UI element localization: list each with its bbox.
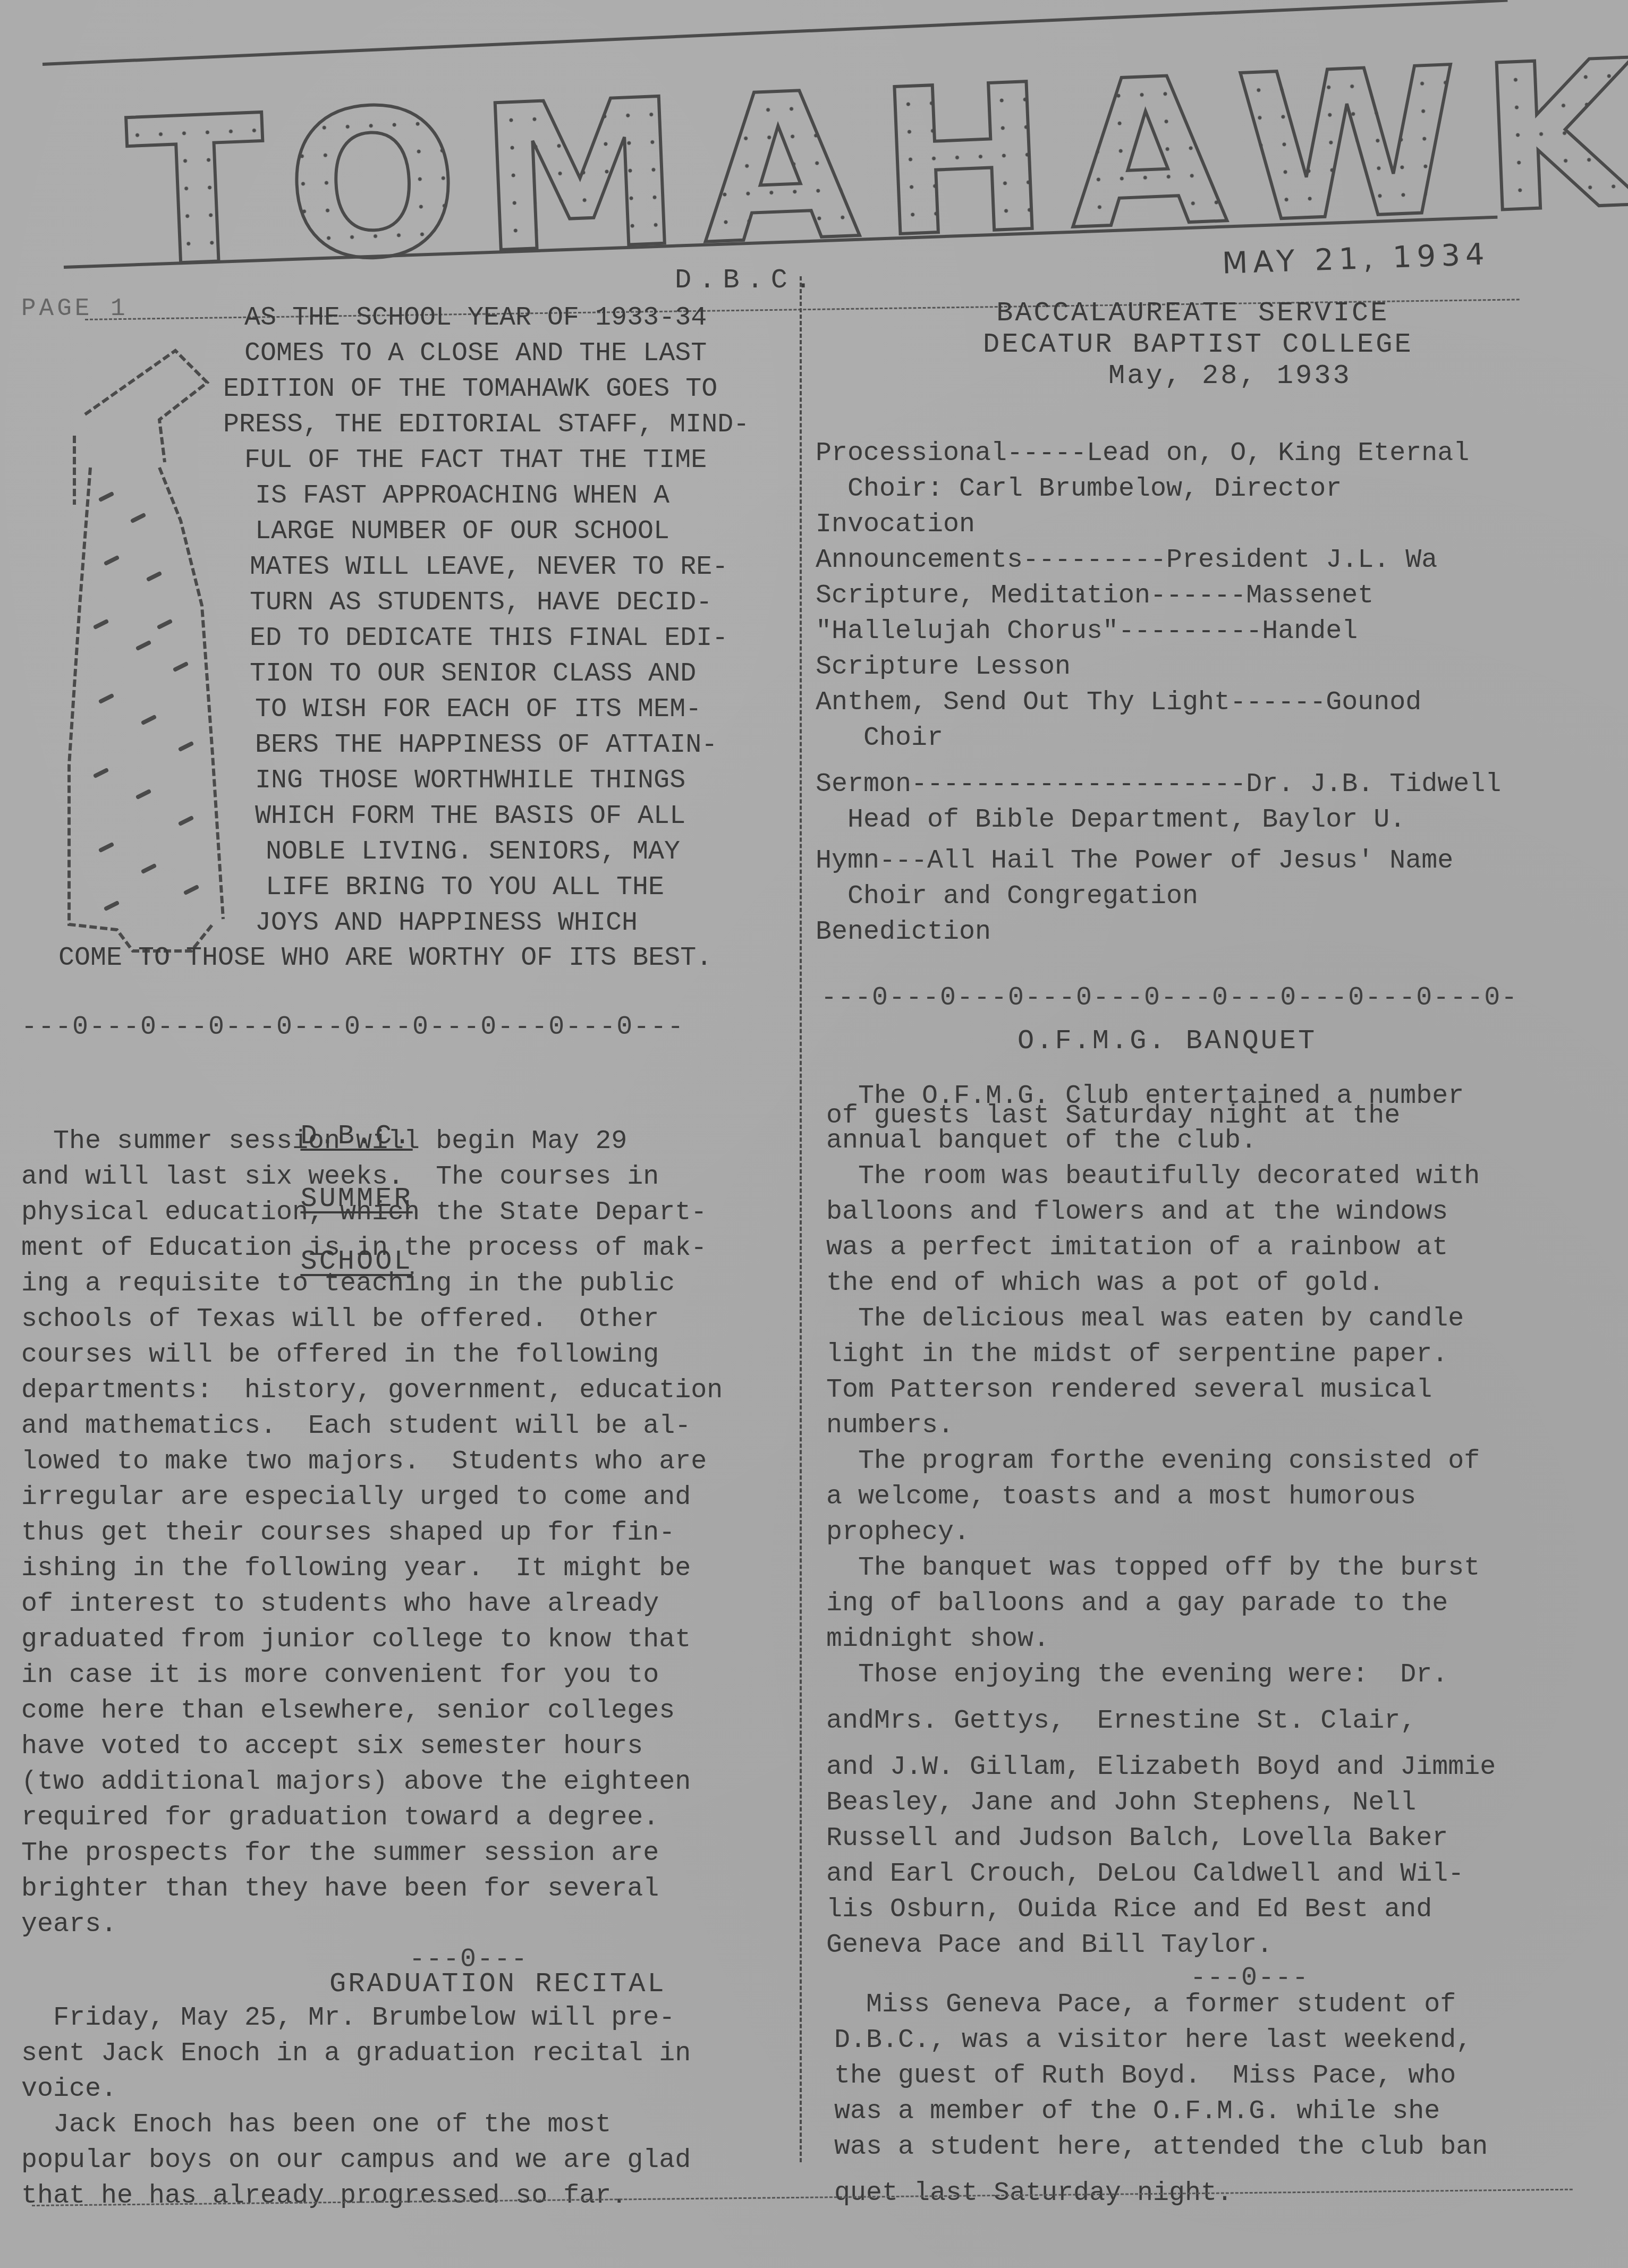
editorial-line: IS FAST APPROACHING WHEN A: [223, 478, 749, 514]
article-line: Those enjoying the evening were: Dr.: [826, 1657, 1496, 1693]
baccalaureate-title: BACCALAUREATE SERVICE: [972, 298, 1413, 329]
article-line: Miss Geneva Pace, a former student of: [834, 1987, 1488, 2023]
article-line: lis Osburn, Ouida Rice and Ed Best and: [826, 1892, 1496, 1927]
article-line: ment of Education is in the process of m…: [21, 1230, 723, 1266]
program-item: Processional-----Lead on, O, King Eterna…: [816, 436, 1501, 471]
article-line: The program forthe evening consisted of: [826, 1443, 1496, 1479]
separator-right: ---0---0---0---0---0---0---0---0---0---0…: [821, 983, 1518, 1013]
editorial-line: PRESS, THE EDITORIAL STAFF, MIND-: [223, 407, 749, 443]
article-line: a welcome, toasts and a most humorous: [826, 1479, 1496, 1515]
editorial-line: LARGE NUMBER OF OUR SCHOOL: [223, 514, 749, 549]
editorial-line: TO WISH FOR EACH OF ITS MEM-: [223, 692, 749, 727]
article-line: have voted to accept six semester hours: [21, 1729, 723, 1764]
article-line: The summer session will begin May 29: [21, 1124, 723, 1159]
program-item: "Hallelujah Chorus"---------Handel: [816, 614, 1501, 649]
article-line: departments: history, government, educat…: [21, 1373, 723, 1408]
editorial-article: AS THE SCHOOL YEAR OF 1933-34 COMES TO A…: [223, 300, 749, 941]
editorial-line: TION TO OUR SENIOR CLASS AND: [223, 656, 749, 692]
graduation-recital-title: GRADUATION RECITAL: [329, 1968, 666, 2000]
editorial-line: AS THE SCHOOL YEAR OF 1933-34: [223, 300, 749, 336]
article-line: andMrs. Gettys, Ernestine St. Clair,: [826, 1703, 1496, 1739]
column-divider: [800, 276, 802, 2162]
editorial-line: TURN AS STUDENTS, HAVE DECID-: [223, 585, 749, 621]
baccalaureate-institution: DECATUR BAPTIST COLLEGE: [983, 329, 1413, 360]
banquet-article: The O.F.M.G. Club entertained a number o…: [826, 1078, 1496, 1963]
program-item: Scripture, Meditation------Massenet: [816, 578, 1501, 614]
program-item: Choir: [816, 720, 1501, 756]
program-item: Announcements---------President J.L. Wa: [816, 542, 1501, 578]
article-line: The room was beautifully decorated with: [826, 1159, 1496, 1194]
article-line: ing of balloons and a gay parade to the: [826, 1586, 1496, 1621]
article-line: in case it is more convenient for you to: [21, 1658, 723, 1693]
article-line: irregular are especially urged to come a…: [21, 1480, 723, 1515]
program-item: Choir and Congregation: [816, 879, 1501, 914]
editorial-line: BERS THE HAPPINESS OF ATTAIN-: [223, 727, 749, 763]
article-line: The banquet was topped off by the burst: [826, 1550, 1496, 1586]
article-line: D.B.C., was a visitor here last weekend,: [834, 2023, 1488, 2058]
editorial-line: LIFE BRING TO YOU ALL THE: [223, 870, 749, 905]
article-line: and Earl Crouch, DeLou Caldwell and Wil-: [826, 1856, 1496, 1892]
program-item: Anthem, Send Out Thy Light------Gounod: [816, 685, 1501, 720]
editorial-line: ED TO DEDICATE THIS FINAL EDI-: [223, 621, 749, 656]
visitor-note-article: Miss Geneva Pace, a former student of D.…: [834, 1987, 1488, 2211]
article-line: (two additional majors) above the eighte…: [21, 1764, 723, 1800]
article-line: the guest of Ruth Boyd. Miss Pace, who: [834, 2058, 1488, 2094]
program-item: Choir: Carl Brumbelow, Director: [816, 471, 1501, 507]
baccalaureate-program: Processional-----Lead on, O, King Eterna…: [816, 436, 1501, 950]
article-line: brighter than they have been for several: [21, 1871, 723, 1907]
program-item: Head of Bible Department, Baylor U.: [816, 802, 1501, 838]
program-item: Invocation: [816, 507, 1501, 542]
editorial-closing-line: COME TO THOSE WHO ARE WORTHY OF ITS BEST…: [58, 940, 712, 976]
program-item: Hymn---All Hail The Power of Jesus' Name: [816, 843, 1501, 879]
article-line: of interest to students who have already: [21, 1586, 723, 1622]
editorial-line: FUL OF THE FACT THAT THE TIME: [223, 443, 749, 478]
article-line: was a perfect imitation of a rainbow at: [826, 1230, 1496, 1265]
article-line: voice.: [21, 2071, 691, 2107]
baccalaureate-header: BACCALAUREATE SERVICE DECATUR BAPTIST CO…: [972, 298, 1413, 392]
article-line: lowed to make two majors. Students who a…: [21, 1444, 723, 1480]
article-line: courses will be offered in the following: [21, 1337, 723, 1373]
editorial-line: COMES TO A CLOSE AND THE LAST: [223, 336, 749, 371]
editorial-line: EDITION OF THE TOMAHAWK GOES TO: [223, 371, 749, 407]
program-item: Benediction: [816, 914, 1501, 950]
article-line: Geneva Pace and Bill Taylor.: [826, 1927, 1496, 1963]
article-line: that he has already progressed so far.: [21, 2178, 691, 2214]
article-line: Tom Patterson rendered several musical: [826, 1372, 1496, 1408]
article-line: physical education, which the State Depa…: [21, 1195, 723, 1230]
article-line: was a member of the O.F.M.G. while she: [834, 2094, 1488, 2129]
editorial-line: ING THOSE WORTHWHILE THINGS: [223, 763, 749, 799]
article-line: ishing in the following year. It might b…: [21, 1551, 723, 1586]
article-line: prophecy.: [826, 1515, 1496, 1550]
editorial-line: MATES WILL LEAVE, NEVER TO RE-: [223, 549, 749, 585]
article-line: Beasley, Jane and John Stephens, Nell: [826, 1785, 1496, 1821]
graduation-recital-article: Friday, May 25, Mr. Brumbelow will pre- …: [21, 2000, 691, 2214]
article-line: popular boys on our campus and we are gl…: [21, 2143, 691, 2178]
publisher-abbrev: D.B.C.: [675, 265, 819, 296]
article-line: ing a requisite to teaching in the publi…: [21, 1266, 723, 1302]
article-line: balloons and flowers and at the windows: [826, 1194, 1496, 1230]
article-line: graduated from junior college to know th…: [21, 1622, 723, 1658]
article-line: light in the midst of serpentine paper.: [826, 1337, 1496, 1372]
article-line: come here than elsewhere, senior college…: [21, 1693, 723, 1729]
article-line: and will last six weeks. The courses in: [21, 1159, 723, 1195]
article-line: years.: [21, 1907, 723, 1942]
article-line: Russell and Judson Balch, Lovella Baker: [826, 1821, 1496, 1856]
banquet-title: O.F.M.G. BANQUET: [1018, 1025, 1317, 1057]
article-line: and mathematics. Each student will be al…: [21, 1408, 723, 1444]
article-line: and J.W. Gillam, Elizabeth Boyd and Jimm…: [826, 1749, 1496, 1785]
article-line: schools of Texas will be offered. Other: [21, 1302, 723, 1337]
separator-left: ---0---0---0---0---0---0---0---0---0---: [21, 1012, 684, 1042]
editorial-line: JOYS AND HAPPINESS WHICH: [223, 905, 749, 941]
editorial-line: NOBLE LIVING. SENIORS, MAY: [223, 834, 749, 870]
summer-school-article: The summer session will begin May 29 and…: [21, 1124, 723, 1942]
article-line: The prospects for the summer session are: [21, 1836, 723, 1871]
article-line: required for graduation toward a degree.: [21, 1800, 723, 1836]
editorial-line: WHICH FORM THE BASIS OF ALL: [223, 799, 749, 834]
article-line: was a student here, attended the club ba…: [834, 2129, 1488, 2165]
article-line: sent Jack Enoch in a graduation recital …: [21, 2036, 691, 2071]
article-line: midnight show.: [826, 1621, 1496, 1657]
article-line: the end of which was a pot of gold.: [826, 1265, 1496, 1301]
article-line: Friday, May 25, Mr. Brumbelow will pre-: [21, 2000, 691, 2036]
article-line: The delicious meal was eaten by candle: [826, 1301, 1496, 1337]
article-line: numbers.: [826, 1408, 1496, 1443]
program-item: Scripture Lesson: [816, 649, 1501, 685]
article-line: Jack Enoch has been one of the most: [21, 2107, 691, 2143]
article-line: thus get their courses shaped up for fin…: [21, 1515, 723, 1551]
program-item: Sermon---------------------Dr. J.B. Tidw…: [816, 767, 1501, 802]
baccalaureate-date: May, 28, 1933: [1047, 360, 1413, 392]
